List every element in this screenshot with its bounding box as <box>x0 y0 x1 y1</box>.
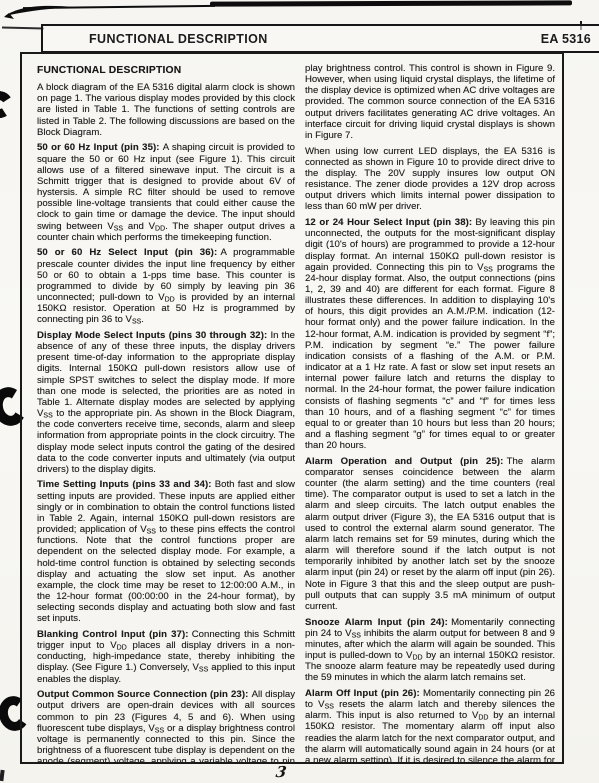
paragraph: 50 or 60 Hz Input (pin 35):A shaping cir… <box>37 142 295 242</box>
paragraph-text: When using low current LED displays, the… <box>305 146 555 213</box>
header-bar: FUNCTIONAL DESCRIPTION EA 5316 <box>41 24 599 53</box>
scan-bar-artifact <box>210 0 572 6</box>
page-title: FUNCTIONAL DESCRIPTION <box>89 32 268 46</box>
paragraph: Alarm Operation and Output (pin 25):The … <box>305 456 555 612</box>
content-area: FUNCTIONAL DESCRIPTION A block diagram o… <box>20 52 564 764</box>
paragraph-text: A shaping circuit is provided to square … <box>37 142 295 242</box>
scanned-datasheet-page: FUNCTIONAL DESCRIPTION EA 5316 FUNCTIONA… <box>0 0 599 783</box>
paragraph-text: By leaving this pin unconnected, the out… <box>305 217 555 451</box>
paragraph-lead: Time Setting Inputs (pins 33 and 34): <box>37 479 212 490</box>
scan-pen-mark <box>0 0 90 24</box>
paragraph-text: All display output drivers are open-drai… <box>37 689 295 764</box>
paragraph: When using low current LED displays, the… <box>305 146 555 213</box>
paragraph-text: A block diagram of the EA 5316 digital a… <box>37 82 295 138</box>
paragraph: Blanking Control Input (pin 37):Connecti… <box>37 629 295 685</box>
scan-border-extension <box>2 27 44 29</box>
paragraph-lead: 50 or 60 Hz Select Input (pin 36): <box>37 247 217 258</box>
part-number: EA 5316 <box>541 32 591 46</box>
paragraph-lead: 50 or 60 Hz Input (pin 35): <box>37 142 160 153</box>
paragraph-lead: Alarm Operation and Output (pin 25): <box>305 456 503 467</box>
paragraph-text: Momentarily connecting pin 26 to VSS res… <box>305 688 555 764</box>
right-column: play brightness control. This control is… <box>305 63 555 764</box>
paragraph-text: The alarm comparator senses coincidence … <box>305 456 555 612</box>
page-number: 3 <box>275 763 288 781</box>
paragraph: A block diagram of the EA 5316 digital a… <box>37 82 295 138</box>
paragraph: Snooze Alarm Input (pin 24):Momentarily … <box>305 617 555 684</box>
paragraph: 12 or 24 Hour Select Input (pin 38):By l… <box>305 217 555 451</box>
paragraph-text: In the absence of any of these three inp… <box>37 330 295 475</box>
paragraph: 50 or 60 Hz Select Input (pin 36):A prog… <box>37 247 295 325</box>
paragraph-lead: Display Mode Select Inputs (pins 30 thro… <box>37 330 267 341</box>
section-heading: FUNCTIONAL DESCRIPTION <box>37 65 295 76</box>
paragraph-lead: 12 or 24 Hour Select Input (pin 38): <box>305 217 472 228</box>
paragraph-text: Both fast and slow setting inputs are pr… <box>37 479 295 624</box>
paragraph: Alarm Off Input (pin 26):Momentarily con… <box>305 688 555 764</box>
paragraph-lead: Output Common Source Connection (pin 23)… <box>37 689 248 700</box>
scan-bottom-mark <box>0 770 5 781</box>
two-column-layout: FUNCTIONAL DESCRIPTION A block diagram o… <box>22 54 562 764</box>
paragraph: Display Mode Select Inputs (pins 30 thro… <box>37 330 295 475</box>
paragraph-lead: Blanking Control Input (pin 37): <box>37 629 189 640</box>
paragraph-text: A programmable prescale counter divides … <box>37 247 295 325</box>
paragraph-text: play brightness control. This control is… <box>305 63 555 141</box>
paragraph-lead: Snooze Alarm Input (pin 24): <box>305 617 448 628</box>
paragraph: play brightness control. This control is… <box>305 63 555 141</box>
paragraph-lead: Alarm Off Input (pin 26): <box>305 688 420 699</box>
binder-mark-top <box>0 88 16 120</box>
left-column: FUNCTIONAL DESCRIPTION A block diagram o… <box>37 63 295 764</box>
paragraph: Output Common Source Connection (pin 23)… <box>37 689 295 764</box>
paragraph: Time Setting Inputs (pins 33 and 34):Bot… <box>37 479 295 624</box>
